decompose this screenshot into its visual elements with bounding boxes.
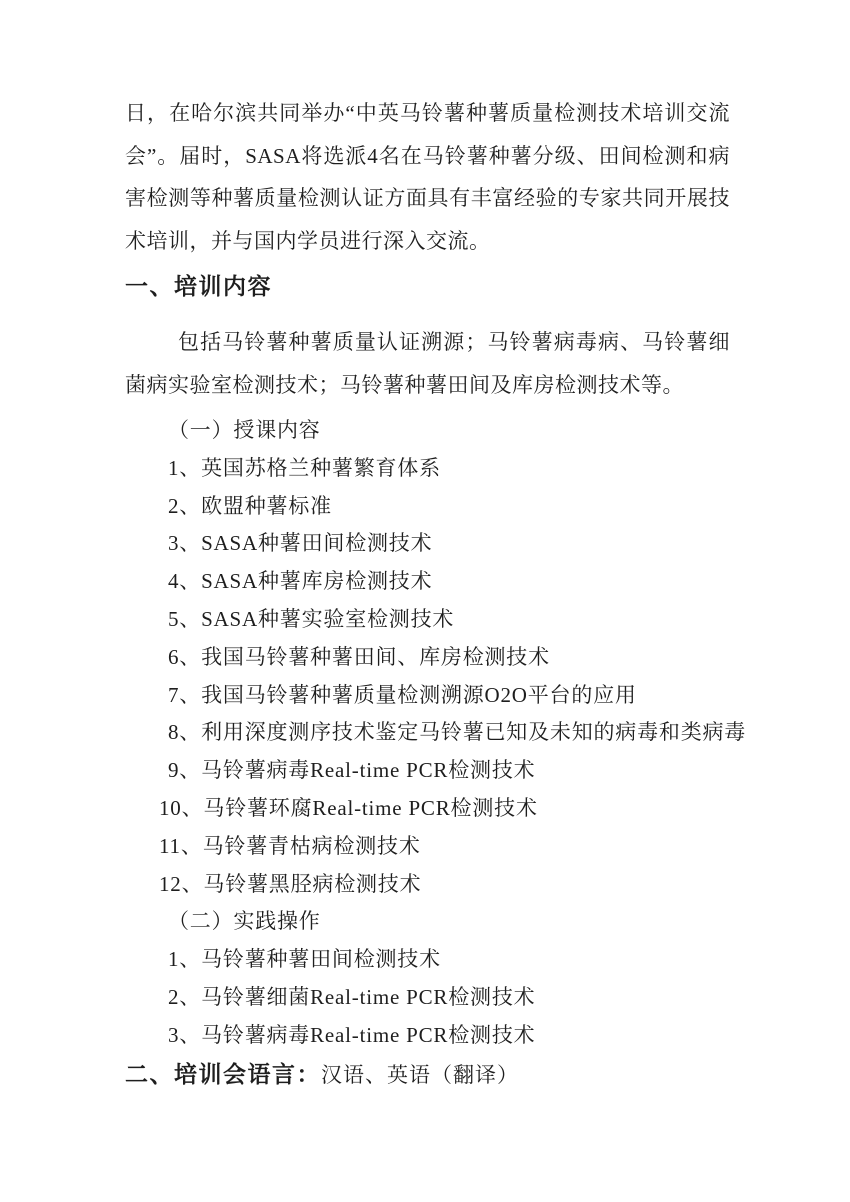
practice-item: 1、马铃薯种薯田间检测技术 xyxy=(125,941,730,979)
section2-heading: 二、培训会语言： xyxy=(125,1062,321,1087)
intro-paragraph: 日，在哈尔滨共同举办“中英马铃薯种薯质量检测技术培训交流会”。届时，SASA将选… xyxy=(125,92,730,262)
lecture-item: 7、我国马铃薯种薯质量检测溯源O2O平台的应用 xyxy=(125,677,730,715)
lecture-item: 4、SASA种薯库房检测技术 xyxy=(125,563,730,601)
lecture-item: 6、我国马铃薯种薯田间、库房检测技术 xyxy=(125,639,730,677)
lecture-item: 5、SASA种薯实验室检测技术 xyxy=(125,601,730,639)
lecture-item: 1、英国苏格兰种薯繁育体系 xyxy=(125,450,730,488)
section2-heading-line: 二、培训会语言：汉语、英语（翻译） xyxy=(125,1057,730,1096)
practice-item: 2、马铃薯细菌Real-time PCR检测技术 xyxy=(125,979,730,1017)
lecture-item: 11、马铃薯青枯病检测技术 xyxy=(125,828,730,866)
section1-heading: 一、培训内容 xyxy=(125,271,730,303)
document-page: 日，在哈尔滨共同举办“中英马铃薯种薯质量检测技术培训交流会”。届时，SASA将选… xyxy=(0,0,850,1202)
training-content-list: （一）授课内容 1、英国苏格兰种薯繁育体系 2、欧盟种薯标准 3、SASA种薯田… xyxy=(125,412,730,1055)
section1-summary: 包括马铃薯种薯质量认证溯源；马铃薯病毒病、马铃薯细菌病实验室检测技术；马铃薯种薯… xyxy=(125,321,730,406)
lecture-item: 3、SASA种薯田间检测技术 xyxy=(125,525,730,563)
part1-label: （一）授课内容 xyxy=(125,412,730,450)
lecture-item: 8、利用深度测序技术鉴定马铃薯已知及未知的病毒和类病毒 xyxy=(125,714,730,752)
practice-item: 3、马铃薯病毒Real-time PCR检测技术 xyxy=(125,1017,730,1055)
lecture-item: 10、马铃薯环腐Real-time PCR检测技术 xyxy=(125,790,730,828)
part2-label: （二）实践操作 xyxy=(125,903,730,941)
lecture-item: 2、欧盟种薯标准 xyxy=(125,488,730,526)
lecture-item: 12、马铃薯黑胫病检测技术 xyxy=(125,866,730,904)
section2-value: 汉语、英语（翻译） xyxy=(321,1063,519,1087)
lecture-item: 9、马铃薯病毒Real-time PCR检测技术 xyxy=(125,752,730,790)
